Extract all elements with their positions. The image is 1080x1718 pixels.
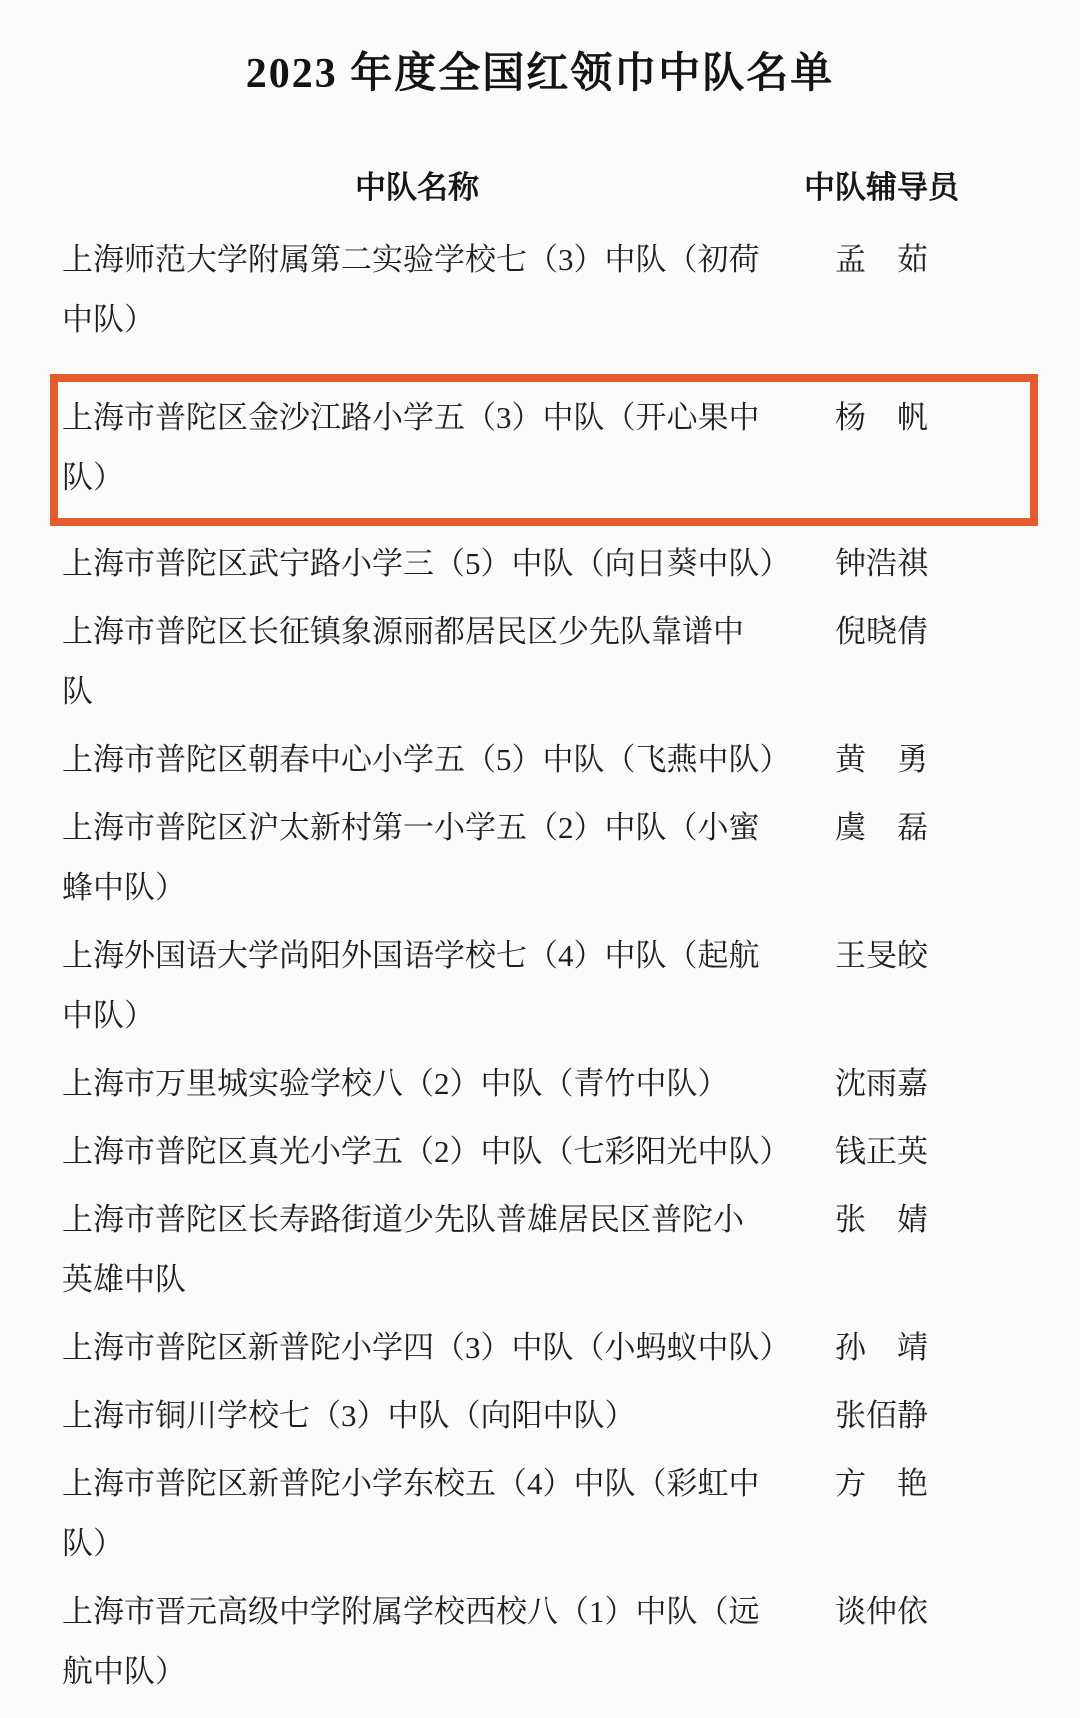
table-row: 上海市普陀区武宁路小学三（5）中队（向日葵中队）钟浩祺 — [0, 534, 1080, 594]
squad-name: 上海外国语大学尚阳外国语学校七（4）中队（起航中队） — [62, 926, 772, 1046]
squad-name-line: 上海市普陀区长寿路街道少先队普雄居民区普陀小 — [62, 1190, 772, 1250]
squad-name: 上海师范大学附属第二实验学校七（3）中队（初荷中队） — [62, 230, 772, 350]
counselor-name: 谈仲依 — [835, 1582, 935, 1642]
table-row: 上海师范大学附属第二实验学校七（3）中队（初荷中队）孟 茹 — [0, 230, 1080, 350]
squad-name: 上海市晋元高级中学附属学校西校八（1）中队（远航中队） — [62, 1582, 772, 1702]
squad-name-line: 队） — [62, 448, 772, 508]
squad-name: 上海市普陀区长征镇象源丽都居民区少先队靠谱中队 — [62, 602, 772, 722]
squad-name-line: 上海外国语大学尚阳外国语学校七（4）中队（起航 — [62, 926, 772, 986]
table-row: 上海市普陀区长寿路街道少先队普雄居民区普陀小英雄中队张 婧 — [0, 1190, 1080, 1310]
squad-name-line: 上海师范大学附属第二实验学校七（3）中队（初荷 — [62, 230, 772, 290]
squad-table: 上海师范大学附属第二实验学校七（3）中队（初荷中队）孟 茹上海市普陀区金沙江路小… — [0, 230, 1080, 1702]
counselor-name: 沈雨嘉 — [835, 1054, 935, 1114]
table-row: 上海市晋元高级中学附属学校西校八（1）中队（远航中队）谈仲依 — [0, 1582, 1080, 1702]
table-row: 上海市普陀区新普陀小学东校五（4）中队（彩虹中队）方 艳 — [0, 1454, 1080, 1574]
table-row: 上海市普陀区沪太新村第一小学五（2）中队（小蜜蜂中队）虞 磊 — [0, 798, 1080, 918]
squad-name-line: 队 — [62, 662, 772, 722]
column-header-squad-name: 中队名称 — [62, 158, 772, 218]
squad-name: 上海市普陀区朝春中心小学五（5）中队（飞燕中队） — [62, 730, 772, 790]
squad-name: 上海市普陀区沪太新村第一小学五（2）中队（小蜜蜂中队） — [62, 798, 772, 918]
squad-name-line: 上海市普陀区新普陀小学东校五（4）中队（彩虹中 — [62, 1454, 772, 1514]
table-header-row: 中队名称 中队辅导员 — [0, 158, 1080, 218]
table-row: 上海市普陀区朝春中心小学五（5）中队（飞燕中队）黄 勇 — [0, 730, 1080, 790]
squad-name-line: 上海市普陀区金沙江路小学五（3）中队（开心果中 — [62, 388, 772, 448]
page-title: 2023 年度全国红领巾中队名单 — [0, 48, 1080, 100]
squad-name: 上海市普陀区新普陀小学四（3）中队（小蚂蚁中队） — [62, 1318, 772, 1378]
table-row: 上海市普陀区长征镇象源丽都居民区少先队靠谱中队倪晓倩 — [0, 602, 1080, 722]
counselor-name: 方 艳 — [835, 1454, 935, 1514]
counselor-name: 钱正英 — [835, 1122, 935, 1182]
squad-name-line: 上海市万里城实验学校八（2）中队（青竹中队） — [62, 1054, 772, 1114]
counselor-name: 虞 磊 — [835, 798, 935, 858]
squad-name-line: 上海市普陀区新普陀小学四（3）中队（小蚂蚁中队） — [62, 1318, 772, 1378]
squad-name-line: 蜂中队） — [62, 858, 772, 918]
column-header-counselor: 中队辅导员 — [804, 158, 964, 218]
squad-name: 上海市铜川学校七（3）中队（向阳中队） — [62, 1386, 772, 1446]
table-row: 上海外国语大学尚阳外国语学校七（4）中队（起航中队）王旻皎 — [0, 926, 1080, 1046]
counselor-name: 杨 帆 — [835, 388, 935, 448]
counselor-name: 孟 茹 — [835, 230, 935, 290]
counselor-name: 王旻皎 — [835, 926, 935, 986]
squad-name-line: 上海市晋元高级中学附属学校西校八（1）中队（远 — [62, 1582, 772, 1642]
counselor-name: 倪晓倩 — [835, 602, 935, 662]
counselor-name: 钟浩祺 — [835, 534, 935, 594]
squad-name-line: 上海市普陀区武宁路小学三（5）中队（向日葵中队） — [62, 534, 772, 594]
squad-name-line: 上海市铜川学校七（3）中队（向阳中队） — [62, 1386, 772, 1446]
squad-name-line: 上海市普陀区朝春中心小学五（5）中队（飞燕中队） — [62, 730, 772, 790]
table-row: 上海市铜川学校七（3）中队（向阳中队）张佰静 — [0, 1386, 1080, 1446]
counselor-name: 孙 靖 — [835, 1318, 935, 1378]
squad-name: 上海市普陀区真光小学五（2）中队（七彩阳光中队） — [62, 1122, 772, 1182]
squad-name-line: 上海市普陀区沪太新村第一小学五（2）中队（小蜜 — [62, 798, 772, 858]
squad-name-line: 英雄中队 — [62, 1250, 772, 1310]
squad-name-line: 中队） — [62, 986, 772, 1046]
squad-name: 上海市普陀区武宁路小学三（5）中队（向日葵中队） — [62, 534, 772, 594]
squad-name-line: 上海市普陀区真光小学五（2）中队（七彩阳光中队） — [62, 1122, 772, 1182]
squad-name: 上海市万里城实验学校八（2）中队（青竹中队） — [62, 1054, 772, 1114]
squad-name-line: 上海市普陀区长征镇象源丽都居民区少先队靠谱中 — [62, 602, 772, 662]
squad-name: 上海市普陀区长寿路街道少先队普雄居民区普陀小英雄中队 — [62, 1190, 772, 1310]
counselor-name: 张 婧 — [835, 1190, 935, 1250]
squad-name: 上海市普陀区金沙江路小学五（3）中队（开心果中队） — [62, 388, 772, 508]
squad-name-line: 队） — [62, 1514, 772, 1574]
table-row: 上海市普陀区新普陀小学四（3）中队（小蚂蚁中队）孙 靖 — [0, 1318, 1080, 1378]
table-row-highlighted: 上海市普陀区金沙江路小学五（3）中队（开心果中队）杨 帆 — [50, 374, 1038, 526]
counselor-name: 黄 勇 — [835, 730, 935, 790]
squad-name-line: 中队） — [62, 290, 772, 350]
table-row: 上海市普陀区真光小学五（2）中队（七彩阳光中队）钱正英 — [0, 1122, 1080, 1182]
squad-name-line: 航中队） — [62, 1642, 772, 1702]
counselor-name: 张佰静 — [835, 1386, 935, 1446]
squad-name: 上海市普陀区新普陀小学东校五（4）中队（彩虹中队） — [62, 1454, 772, 1574]
table-row: 上海市万里城实验学校八（2）中队（青竹中队）沈雨嘉 — [0, 1054, 1080, 1114]
document-page: 2023 年度全国红领巾中队名单 中队名称 中队辅导员 上海师范大学附属第二实验… — [0, 0, 1080, 1718]
